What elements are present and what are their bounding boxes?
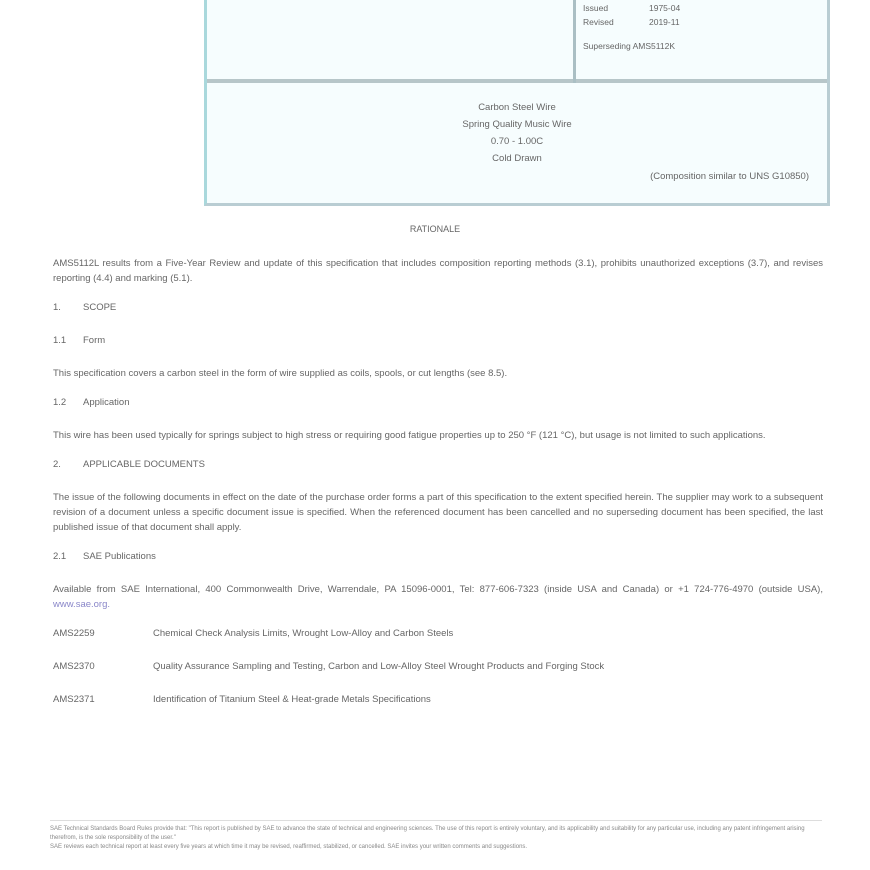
title-block: Issued 1975-04 Revised 2019-11 Supersedi… — [204, 0, 830, 206]
paragraph: This wire has been used typically for sp… — [53, 428, 823, 443]
section-heading: 2.APPLICABLE DOCUMENTS — [53, 457, 823, 472]
rationale-heading: RATIONALE — [0, 224, 870, 234]
reference-item: AMS2370Quality Assurance Sampling and Te… — [53, 659, 823, 674]
section-heading: 1.SCOPE — [53, 300, 823, 315]
paragraph: Available from SAE International, 400 Co… — [53, 582, 823, 612]
divider — [573, 0, 576, 83]
section-heading: 2.1SAE Publications — [53, 549, 823, 564]
reference-item: AMS2259Chemical Check Analysis Limits, W… — [53, 626, 823, 641]
rationale-text: AMS5112L results from a Five-Year Review… — [53, 256, 823, 286]
reference-item: AMS2371Identification of Titanium Steel … — [53, 692, 823, 707]
composition-note: (Composition similar to UNS G10850) — [650, 171, 809, 182]
divider — [207, 79, 827, 83]
paragraph: This specification covers a carbon steel… — [53, 366, 823, 381]
meta-issued: Issued 1975-04 — [583, 1, 680, 15]
section-heading: 1.2Application — [53, 395, 823, 410]
sae-link[interactable]: www.sae.org. — [53, 599, 110, 610]
paragraph: The issue of the following documents in … — [53, 490, 823, 535]
document-meta: Issued 1975-04 Revised 2019-11 Supersedi… — [583, 1, 680, 53]
document-title: Carbon Steel Wire Spring Quality Music W… — [207, 99, 827, 167]
footer-notice: SAE Technical Standards Board Rules prov… — [50, 820, 822, 852]
superseding-note: Superseding AMS5112K — [583, 39, 680, 53]
section-heading: 1.1Form — [53, 333, 823, 348]
document-body: AMS5112L results from a Five-Year Review… — [53, 256, 823, 725]
meta-revised: Revised 2019-11 — [583, 15, 680, 29]
